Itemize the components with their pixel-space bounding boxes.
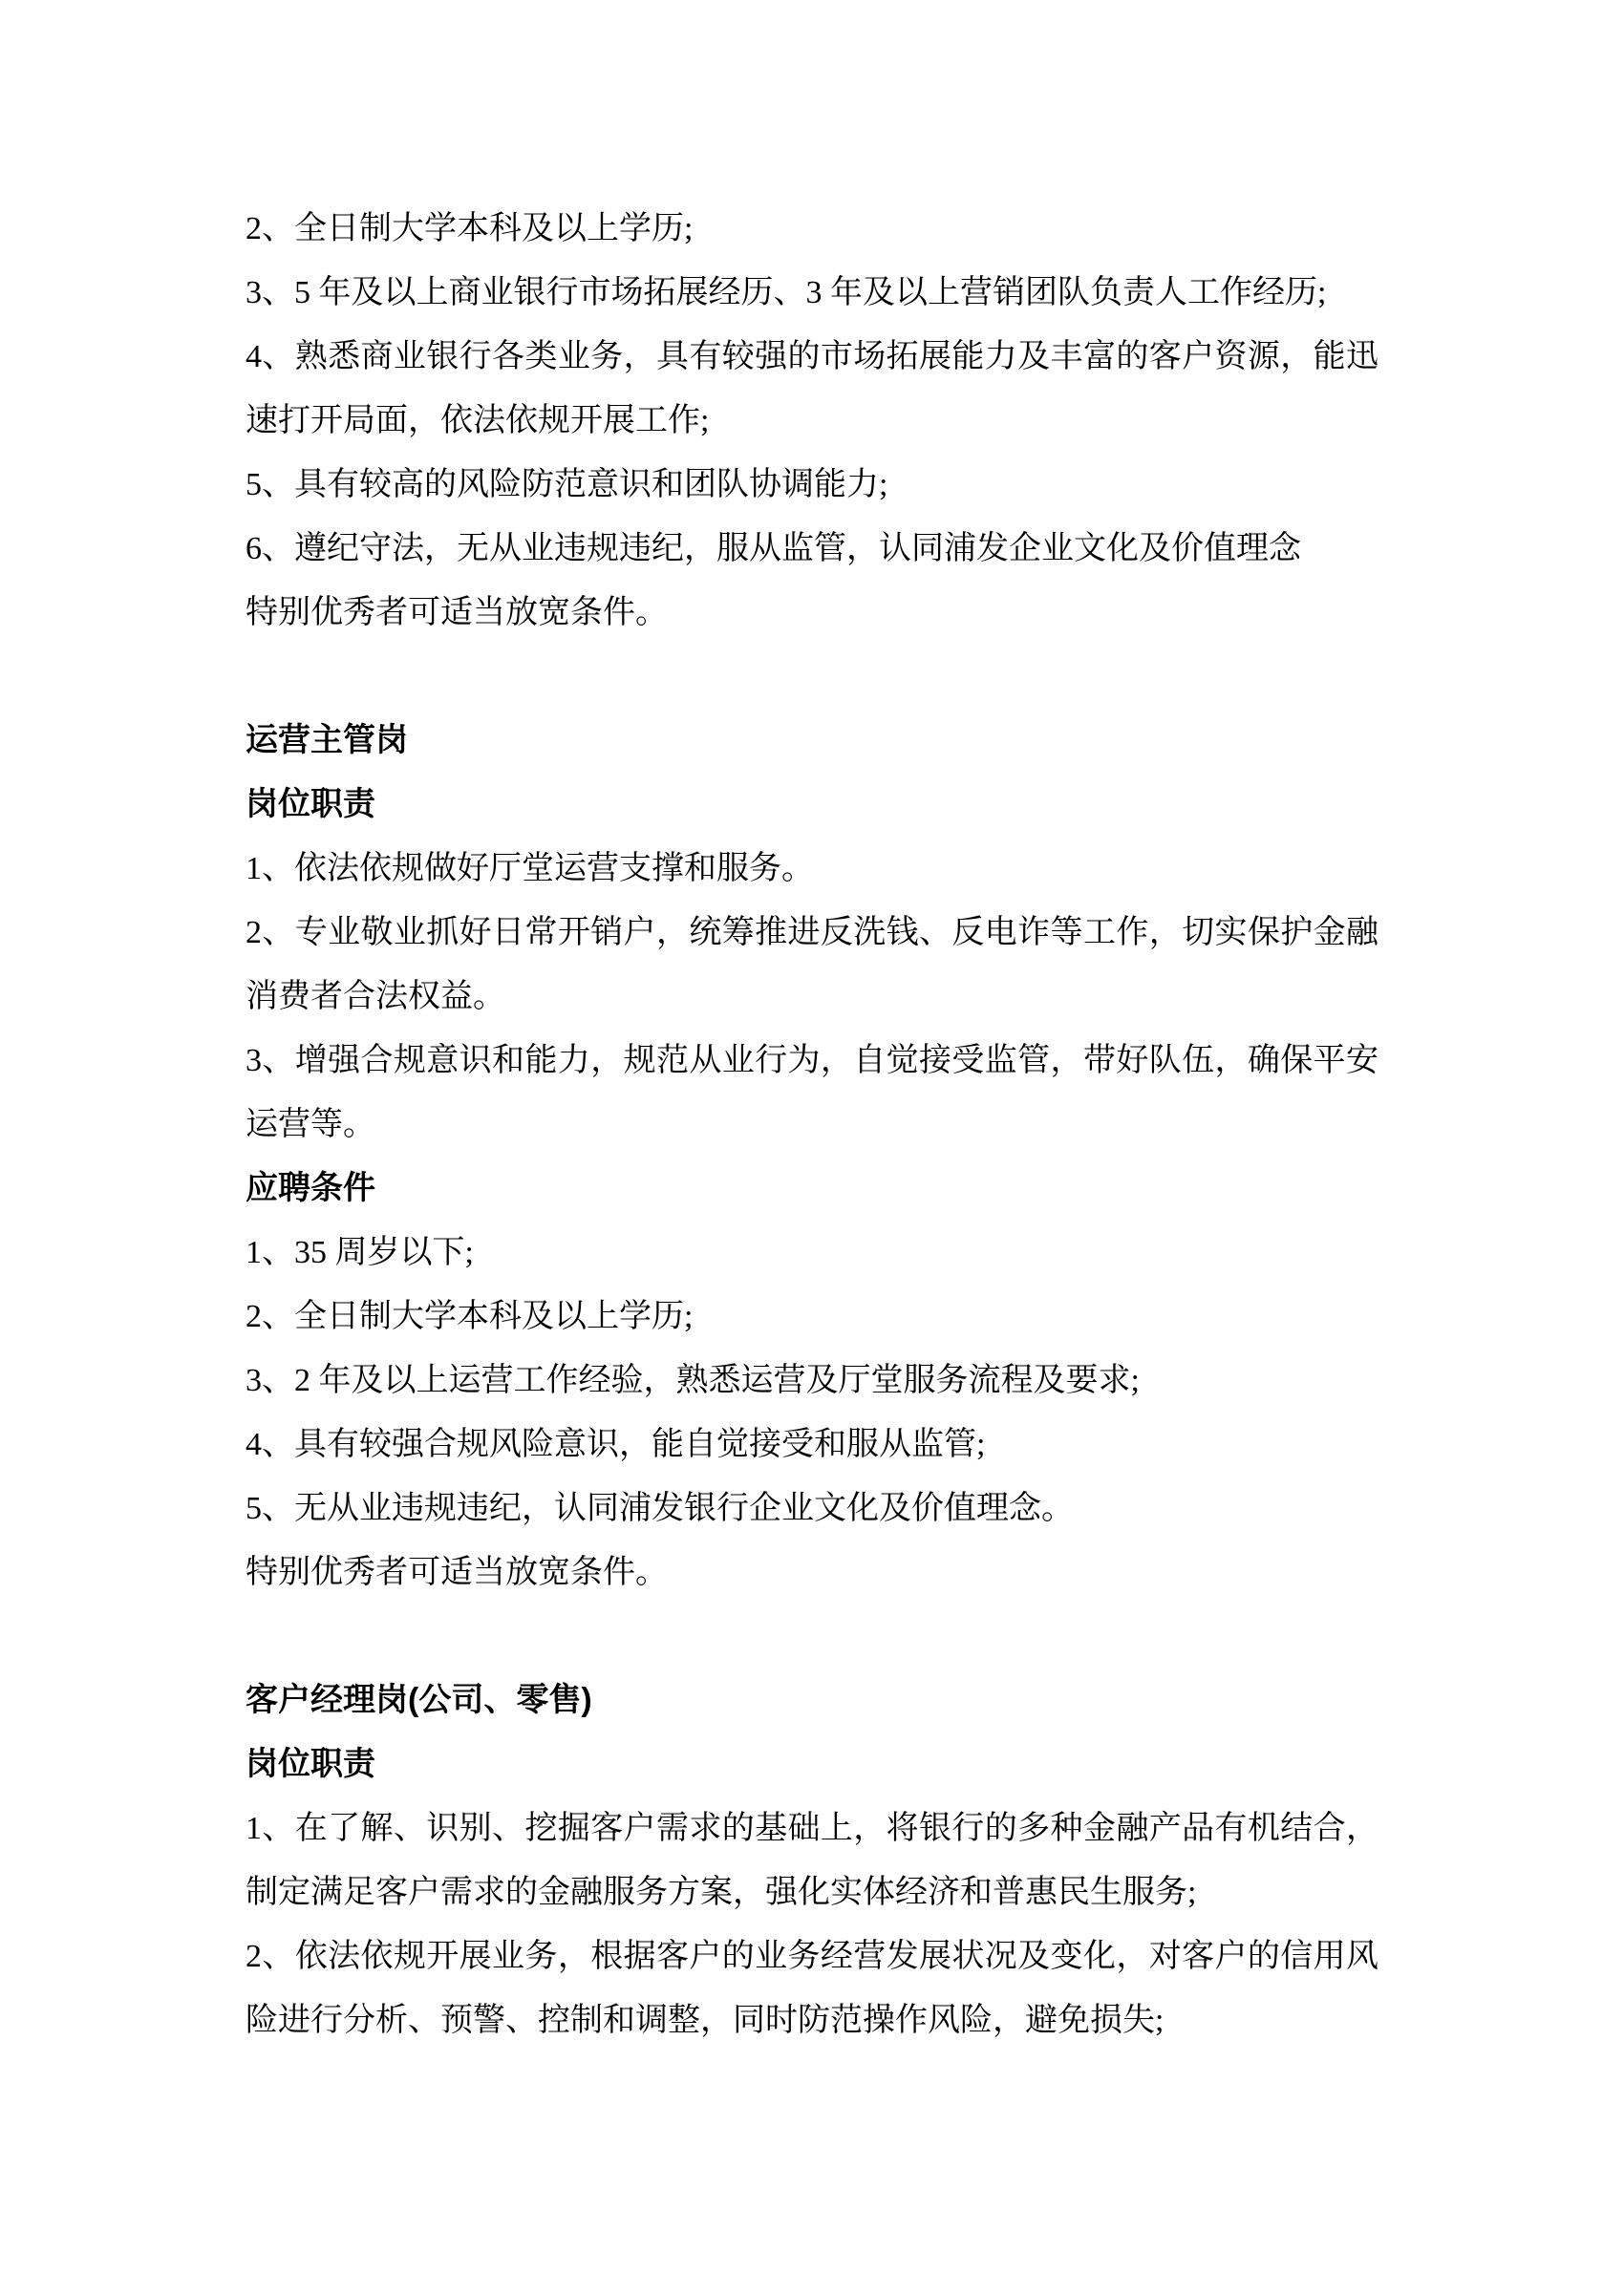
blank-line (246, 1605, 1378, 1669)
paragraph: 4、熟悉商业银行各类业务，具有较强的市场拓展能力及丰富的客户资源，能迅速打开局面… (246, 325, 1378, 453)
paragraph: 5、无从业违规违纪，认同浦发银行企业文化及价值理念。 (246, 1477, 1378, 1541)
section-heading: 岗位职责 (246, 773, 1378, 837)
document-page: 2、全日制大学本科及以上学历;3、5 年及以上商业银行市场拓展经历、3 年及以上… (0, 0, 1624, 2296)
paragraph: 1、35 周岁以下; (246, 1221, 1378, 1285)
section-heading: 岗位职责 (246, 1733, 1378, 1796)
paragraph: 2、专业敬业抓好日常开销户，统筹推进反洗钱、反电诈等工作，切实保护金融消费者合法… (246, 901, 1378, 1029)
paragraph: 1、在了解、识别、挖掘客户需求的基础上，将银行的多种金融产品有机结合，制定满足客… (246, 1796, 1378, 1924)
paragraph: 3、2 年及以上运营工作经验，熟悉运营及厅堂服务流程及要求; (246, 1349, 1378, 1413)
section-heading: 运营主管岗 (246, 709, 1378, 773)
paragraph: 1、依法依规做好厅堂运营支撑和服务。 (246, 837, 1378, 901)
section-heading: 应聘条件 (246, 1157, 1378, 1221)
document-content: 2、全日制大学本科及以上学历;3、5 年及以上商业银行市场拓展经历、3 年及以上… (246, 197, 1378, 2052)
paragraph: 6、遵纪守法，无从业违规违纪，服从监管，认同浦发企业文化及价值理念 (246, 517, 1378, 581)
paragraph: 2、全日制大学本科及以上学历; (246, 1285, 1378, 1349)
paragraph: 5、具有较高的风险防范意识和团队协调能力; (246, 453, 1378, 517)
paragraph: 特别优秀者可适当放宽条件。 (246, 581, 1378, 645)
paragraph: 2、全日制大学本科及以上学历; (246, 197, 1378, 261)
paragraph: 3、5 年及以上商业银行市场拓展经历、3 年及以上营销团队负责人工作经历; (246, 261, 1378, 325)
paragraph: 3、增强合规意识和能力，规范从业行为，自觉接受监管，带好队伍，确保平安运营等。 (246, 1029, 1378, 1157)
section-heading: 客户经理岗(公司、零售) (246, 1669, 1378, 1733)
paragraph: 2、依法依规开展业务，根据客户的业务经营发展状况及变化，对客户的信用风险进行分析… (246, 1924, 1378, 2052)
paragraph: 特别优秀者可适当放宽条件。 (246, 1541, 1378, 1605)
paragraph: 4、具有较强合规风险意识，能自觉接受和服从监管; (246, 1413, 1378, 1477)
blank-line (246, 645, 1378, 709)
